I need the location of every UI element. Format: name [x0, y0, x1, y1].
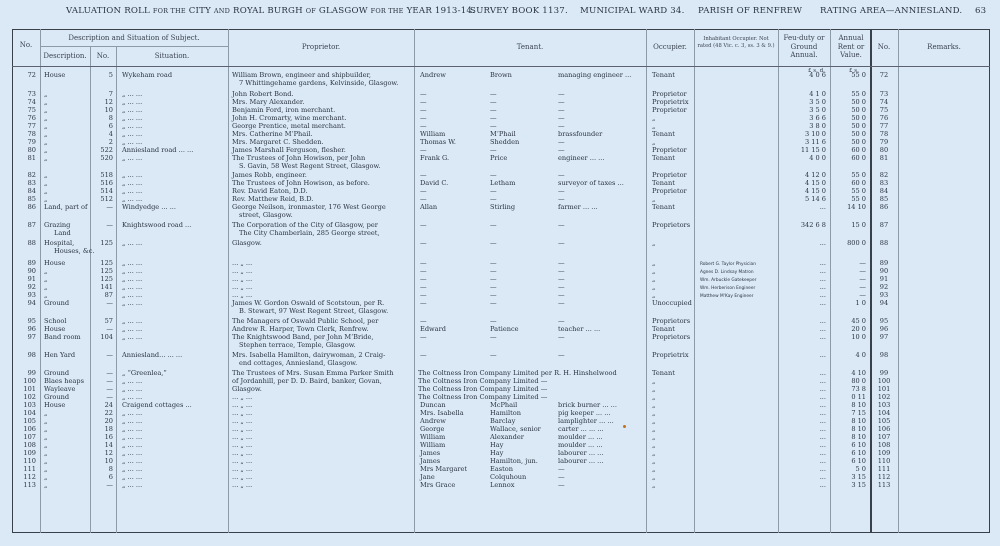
row-number-right: 98 [870, 352, 898, 360]
ink-mark [623, 425, 626, 428]
tenant-occupation: — [558, 222, 565, 230]
tenant-surname: Lennox [490, 482, 514, 490]
tenant-first-name: Mrs Grace [420, 482, 455, 490]
occupier: Proprietor [652, 107, 687, 115]
street-number: 5 [90, 72, 113, 80]
feu-duty: ... [778, 394, 826, 402]
row-number: 72 [12, 72, 36, 80]
tenant-occupation: farmer ... ... [558, 204, 598, 212]
roll-title: VALUATION ROLL FOR THE CITY AND ROYAL BU… [66, 6, 475, 16]
description: House [44, 402, 65, 410]
feu-duty: 5 14 6 [778, 196, 826, 204]
title-part: FOR THE [371, 7, 404, 15]
situation: „ ... ... [122, 240, 142, 248]
title-part: AND [214, 7, 230, 15]
column-divider [228, 29, 229, 533]
feu-duty: ... [778, 260, 826, 268]
description-cont: Land [54, 230, 71, 238]
street-number: — [90, 352, 113, 360]
feu-duty: ... [778, 204, 826, 212]
municipal-ward: MUNICIPAL WARD 34. [580, 6, 685, 16]
row-number-right: 87 [870, 222, 898, 230]
situation: Knightswood road ... [122, 222, 191, 230]
proprietor-line: B. Stewart, 97 West Regent Street, Glasg… [239, 308, 388, 316]
tenant-surname: — [490, 300, 497, 308]
tenant-surname: Stirling [490, 204, 515, 212]
row-number: 113 [12, 482, 36, 490]
tenant-occupation: — [558, 482, 565, 490]
feu-duty: ... [778, 474, 826, 482]
occupier: Proprietrix [652, 352, 689, 360]
col-header-no: No. [12, 41, 40, 50]
tenant-occupation: engineer ... ... [558, 155, 604, 163]
title-part: OF [306, 7, 316, 15]
description: Ground [44, 300, 69, 308]
feu-duty: ... [778, 466, 826, 474]
tenant-first-name: — [420, 240, 427, 248]
occupier: Tenant [652, 370, 675, 378]
situation: „ ... ... [122, 300, 142, 308]
row-number-right: 72 [870, 72, 898, 80]
annual-rent: 1 0 [830, 300, 866, 308]
tenant-surname: — [490, 222, 497, 230]
tenant-occupation: — [558, 352, 565, 360]
tenant-surname: Price [490, 155, 507, 163]
inhabitant-occupier: Robert G. Taylor Physician [700, 261, 756, 269]
tenant-occupation: — [558, 300, 565, 308]
feu-duty: ... [778, 300, 826, 308]
occupier: Tenant [652, 72, 675, 80]
inhabitant-occupier: Matthew M‘Kay Engineer [700, 293, 753, 301]
feu-duty: ... [778, 434, 826, 442]
column-divider [40, 29, 41, 533]
feu-duty: 4 0 6 [778, 72, 826, 80]
title-part: GLASGOW [319, 6, 368, 16]
inhabitant-occupier: Wm. Arbuckle Gatekeeper [700, 277, 756, 285]
tenant-occupation: surveyor of taxes ... [558, 180, 624, 188]
feu-duty: ... [778, 410, 826, 418]
inhabitant-occupier: Agnes D. Lindsay Matron [700, 269, 754, 277]
feu-duty: ... [778, 442, 826, 450]
row-number-right: 94 [870, 300, 898, 308]
feu-duty: ... [778, 240, 826, 248]
col-header-description-group: Description and Situation of Subject. [40, 34, 228, 43]
title-part: ROYAL BURGH [233, 6, 303, 16]
row-number: 88 [12, 240, 36, 248]
situation: „ ... ... [122, 482, 142, 490]
feu-duty: ... [778, 458, 826, 466]
feu-duty: ... [778, 284, 826, 292]
description: Hen Yard [44, 352, 75, 360]
feu-duty: ... [778, 378, 826, 386]
street-number: 520 [90, 155, 113, 163]
tenant-occupation: — [558, 240, 565, 248]
occupier: „ [652, 482, 655, 490]
situation: „ ... ... [122, 334, 142, 342]
feu-duty: ... [778, 370, 826, 378]
row-number-right: 113 [870, 482, 898, 490]
description: House [44, 260, 65, 268]
tenant-surname: — [490, 240, 497, 248]
row-number-right: 86 [870, 204, 898, 212]
parish: PARISH OF RENFREW [698, 6, 802, 16]
column-divider [116, 46, 117, 533]
feu-duty: ... [778, 276, 826, 284]
tenant-first-name: Frank G. [420, 155, 449, 163]
col-header-proprietor: Proprietor. [228, 43, 414, 52]
tenant-surname: — [490, 352, 497, 360]
inhabitant-occupier: Wm. Herberison Engineer [700, 285, 755, 293]
col-header-situation: Situation. [116, 52, 228, 61]
situation: Windyedge ... ... [122, 204, 176, 212]
feu-duty: ... [778, 418, 826, 426]
row-number-right: 81 [870, 155, 898, 163]
feu-duty: ... [778, 426, 826, 434]
street-number: — [90, 482, 113, 490]
proprietor-line: 7 Whittingehame gardens, Kelvinside, Gla… [239, 80, 398, 88]
col-header-inhabitant: Inhabitant Occupier. Not rated (48 Vic. … [696, 36, 776, 50]
annual-rent: 14 10 [830, 204, 866, 212]
street-number: — [90, 300, 113, 308]
row-number: 94 [12, 300, 36, 308]
header-bottom-rule [12, 66, 990, 67]
occupier: „ [652, 240, 655, 248]
annual-rent: 10 0 [830, 334, 866, 342]
proprietor-line: street, Glasgow. [239, 212, 293, 220]
page-header: VALUATION ROLL FOR THE CITY AND ROYAL BU… [0, 6, 1000, 20]
feu-duty: ... [778, 352, 826, 360]
feu-duty: ... [778, 292, 826, 300]
title-part: CITY [189, 6, 211, 16]
feu-duty: ... [778, 482, 826, 490]
situation: Anniesland... ... ... [122, 352, 182, 360]
col-header-occupier: Occupier. [646, 43, 694, 52]
col-header-tenant: Tenant. [414, 43, 646, 52]
tenant-first-name: Allan [420, 204, 437, 212]
col-header-description: Description. [40, 52, 90, 61]
occupier: Tenant [652, 155, 675, 163]
street-number: — [90, 222, 113, 230]
column-divider [694, 29, 695, 533]
occupier: Tenant [652, 131, 675, 139]
col-header-annual-rent: Annual Rent or Value. [832, 34, 870, 60]
tenant-first-name: — [420, 222, 427, 230]
column-divider [898, 29, 899, 533]
occupier: Proprietors [652, 222, 690, 230]
proprietor-line: The City Chamberlain, 285 George street, [239, 230, 380, 238]
feu-duty: ... [778, 386, 826, 394]
occupier: Tenant [652, 204, 675, 212]
col-header-number: No. [90, 52, 116, 61]
tenant-occupation: managing engineer ... [558, 72, 631, 80]
title-part: FOR THE [153, 7, 186, 15]
row-number: 87 [12, 222, 36, 230]
street-number: — [90, 204, 113, 212]
proprietor-line: ... „ ... [232, 482, 252, 490]
col-header-no-right: No. [870, 43, 898, 52]
tenant-surname: — [490, 334, 497, 342]
header-divider [40, 46, 228, 47]
tenant-first-name: — [420, 334, 427, 342]
tenant-first-name: — [420, 352, 427, 360]
occupier: Proprietors [652, 334, 690, 342]
proprietor-line: S. Gavin, 58 West Regent Street, Glasgow… [239, 163, 381, 171]
col-header-feu-duty: Feu-duty or Ground Annual. [780, 34, 828, 60]
annual-rent: 4 0 [830, 352, 866, 360]
description: House [44, 72, 65, 80]
tenant-occupation: — [558, 334, 565, 342]
feu-duty: 4 0 0 [778, 155, 826, 163]
tenant-surname: Brown [490, 72, 512, 80]
feu-duty: ... [778, 268, 826, 276]
title-part: YEAR 1913-14. [407, 6, 475, 16]
situation: Wykeham road [122, 72, 172, 80]
column-divider [414, 29, 415, 533]
annual-rent: 55 0 [830, 72, 866, 80]
situation: „ ... ... [122, 155, 142, 163]
street-number: 104 [90, 334, 113, 342]
row-number: 86 [12, 204, 36, 212]
annual-rent: 15 0 [830, 222, 866, 230]
occupier: Unoccupied [652, 300, 692, 308]
description: Land, part of [44, 204, 87, 212]
annual-rent: 800 0 [830, 240, 866, 248]
proprietor-line: Stephen terrace, Temple, Glasgow. [239, 342, 356, 350]
feu-duty: ... [778, 402, 826, 410]
annual-rent: 60 0 [830, 155, 866, 163]
description: Band room [44, 334, 81, 342]
feu-duty: ... [778, 326, 826, 334]
row-number: 81 [12, 155, 36, 163]
survey-book: SURVEY BOOK 1137. [470, 6, 568, 16]
title-part: VALUATION ROLL [66, 6, 150, 16]
column-divider [646, 29, 647, 533]
proprietor-line: Glasgow. [232, 240, 262, 248]
feu-duty: ... [778, 318, 826, 326]
tenant-first-name: — [420, 300, 427, 308]
tenant-first-name: Andrew [420, 72, 446, 80]
feu-duty: ... [778, 450, 826, 458]
description-cont: Houses, &c. [54, 248, 95, 256]
page-number: 63 [975, 6, 986, 16]
row-number-right: 88 [870, 240, 898, 248]
rating-area: RATING AREA—ANNIESLAND. [820, 6, 962, 16]
occupier: Proprietor [652, 188, 687, 196]
row-number: 98 [12, 352, 36, 360]
row-number-right: 97 [870, 334, 898, 342]
feu-duty: 342 6 8 [778, 222, 826, 230]
feu-duty: ... [778, 334, 826, 342]
annual-rent: 3 15 [830, 482, 866, 490]
row-number: 97 [12, 334, 36, 342]
proprietor-line: end cottages, Anniesland, Glasgow. [239, 360, 357, 368]
description: „ [44, 155, 47, 163]
description: „ [44, 482, 47, 490]
col-header-remarks: Remarks. [898, 43, 990, 52]
street-number: 125 [90, 240, 113, 248]
